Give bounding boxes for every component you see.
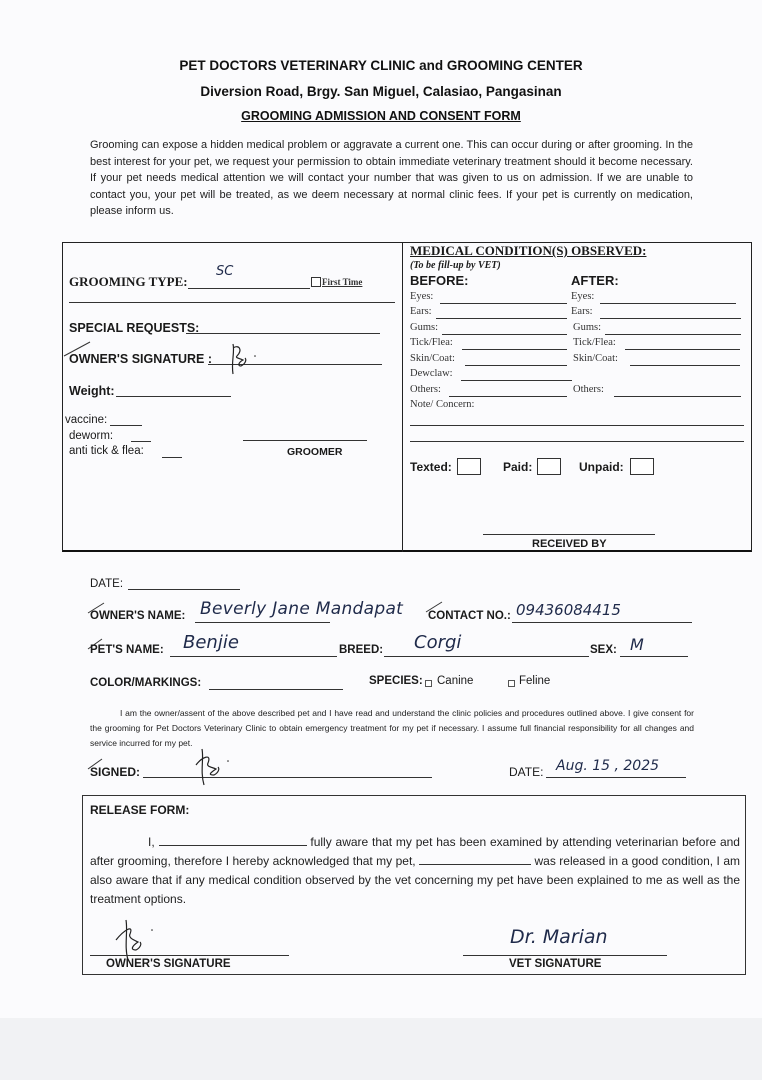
before-field-input[interactable]: [436, 318, 567, 319]
form-title: GROOMING ADMISSION AND CONSENT FORM: [0, 109, 762, 123]
weight-field[interactable]: [116, 396, 231, 397]
anti-tick-label: anti tick & flea:: [69, 445, 144, 457]
feline-checkbox[interactable]: [508, 680, 515, 687]
groomer-signature-field[interactable]: [243, 440, 367, 441]
note-concern-label: Note/ Concern:: [410, 399, 474, 410]
release-title: RELEASE FORM:: [90, 803, 189, 817]
box-divider: [402, 242, 403, 552]
release-text-part1: I,: [148, 835, 155, 849]
medical-title: MEDICAL CONDITION(S) OBSERVED:: [410, 243, 646, 259]
grooming-type-label: GROOMING TYPE:: [69, 274, 188, 290]
consent-date-value: Aug. 15 , 2025: [556, 758, 659, 774]
unpaid-label: Unpaid:: [579, 460, 624, 474]
owner-signature-label-release: OWNER'S SIGNATURE: [106, 958, 231, 970]
received-by-label: RECEIVED BY: [532, 538, 607, 550]
note-line-1[interactable]: [410, 425, 744, 426]
after-field-label: Tick/Flea:: [573, 337, 616, 348]
sex-label: SEX:: [590, 644, 617, 656]
signed-label: SIGNED:: [90, 765, 140, 779]
sex-value: M: [630, 635, 644, 654]
paid-checkbox[interactable]: [537, 458, 561, 475]
sex-field[interactable]: [620, 656, 688, 657]
consent-paragraph: I am the owner/assent of the above descr…: [90, 706, 694, 751]
release-owner-blank[interactable]: [159, 835, 307, 846]
before-field-input[interactable]: [462, 349, 567, 350]
release-pet-blank[interactable]: [419, 854, 531, 865]
release-owner-signature-field[interactable]: [90, 955, 289, 956]
after-field-label: Eyes:: [571, 291, 594, 302]
vaccine-label: vaccine:: [65, 414, 107, 426]
date-label: DATE:: [90, 578, 123, 590]
pet-name-label: PET'S NAME:: [90, 644, 164, 656]
color-markings-field[interactable]: [209, 689, 343, 690]
color-markings-label: COLOR/MARKINGS:: [90, 677, 201, 689]
consent-date-label: DATE:: [509, 765, 543, 779]
anti-tick-field[interactable]: [162, 457, 182, 458]
clinic-address: Diversion Road, Brgy. San Miguel, Calasi…: [0, 84, 762, 99]
contact-field[interactable]: [512, 622, 692, 623]
after-field-input[interactable]: [625, 349, 740, 350]
grooming-type-field[interactable]: [188, 288, 310, 289]
after-field-label: Ears:: [571, 306, 593, 317]
note-line-2[interactable]: [410, 441, 744, 442]
medical-subtitle: (To be fill-up by VET): [410, 260, 501, 271]
owner-signature-scribble: [225, 340, 265, 380]
pet-name-field[interactable]: [170, 656, 337, 657]
vet-signature-value: Dr. Marian: [510, 926, 608, 948]
grooming-type-value: SC: [216, 264, 233, 279]
before-label: BEFORE:: [410, 273, 469, 288]
vet-signature-label: VET SIGNATURE: [509, 958, 601, 970]
owner-name-field[interactable]: [195, 622, 330, 623]
before-field-input[interactable]: [442, 334, 567, 335]
special-requests-label: SPECIAL REQUESTS:: [69, 321, 199, 335]
after-field-label: Others:: [573, 384, 604, 395]
feline-label: Feline: [519, 675, 550, 687]
texted-checkbox[interactable]: [457, 458, 481, 475]
grooming-extra-line[interactable]: [69, 302, 395, 303]
deworm-field[interactable]: [131, 441, 151, 442]
groomer-label: GROOMER: [287, 446, 342, 458]
before-field-label: Ears:: [410, 306, 432, 317]
contact-label: CONTACT NO.:: [428, 610, 511, 622]
after-field-input[interactable]: [600, 303, 736, 304]
before-field-label: Eyes:: [410, 291, 433, 302]
vet-signature-field[interactable]: [463, 955, 667, 956]
before-field-label: Dewclaw:: [410, 368, 453, 379]
before-field-label: Others:: [410, 384, 441, 395]
vaccine-field[interactable]: [110, 425, 142, 426]
unpaid-checkbox[interactable]: [630, 458, 654, 475]
breed-field[interactable]: [384, 656, 589, 657]
paid-label: Paid:: [503, 460, 532, 474]
after-field-input[interactable]: [605, 334, 741, 335]
consent-signature-scribble: [192, 747, 242, 787]
scan-margin: [0, 1018, 762, 1080]
before-field-label: Tick/Flea:: [410, 337, 453, 348]
breed-value: Corgi: [414, 632, 461, 653]
pet-name-value: Benjie: [183, 632, 239, 653]
owner-name-value: Beverly Jane Mandapat: [200, 599, 403, 619]
first-time-label: First Time: [322, 277, 362, 287]
owner-name-label: OWNER'S NAME:: [90, 610, 185, 622]
received-by-field[interactable]: [483, 534, 655, 535]
species-label: SPECIES:: [369, 675, 423, 687]
intro-paragraph: Grooming can expose a hidden medical pro…: [90, 137, 693, 220]
release-paragraph: I, fully aware that my pet has been exam…: [90, 833, 740, 909]
contact-value: 09436084415: [516, 601, 621, 619]
breed-label: BREED:: [339, 644, 383, 656]
deworm-label: deworm:: [69, 430, 113, 442]
after-label: AFTER:: [571, 273, 619, 288]
after-field-label: Gums:: [573, 322, 601, 333]
before-field-input[interactable]: [449, 396, 567, 397]
checkmark-icon: [62, 340, 92, 360]
before-field-input[interactable]: [440, 303, 567, 304]
date-field[interactable]: [128, 589, 240, 590]
canine-label: Canine: [437, 675, 473, 687]
special-requests-field[interactable]: [186, 333, 380, 334]
first-time-checkbox[interactable]: [311, 277, 321, 287]
signed-field[interactable]: [143, 777, 432, 778]
after-field-input[interactable]: [600, 318, 741, 319]
clinic-name: PET DOCTORS VETERINARY CLINIC and GROOMI…: [0, 58, 762, 73]
consent-date-field[interactable]: [546, 777, 686, 778]
before-field-label: Gums:: [410, 322, 438, 333]
canine-checkbox[interactable]: [425, 680, 432, 687]
after-field-input[interactable]: [630, 365, 740, 366]
after-field-label: Skin/Coat:: [573, 353, 618, 364]
consent-text: I am the owner/assent of the above descr…: [90, 708, 694, 748]
weight-label: Weight:: [69, 384, 115, 398]
after-field-input[interactable]: [614, 396, 741, 397]
texted-label: Texted:: [410, 460, 452, 474]
before-field-input[interactable]: [461, 380, 572, 381]
before-field-input[interactable]: [465, 365, 567, 366]
before-field-label: Skin/Coat:: [410, 353, 455, 364]
